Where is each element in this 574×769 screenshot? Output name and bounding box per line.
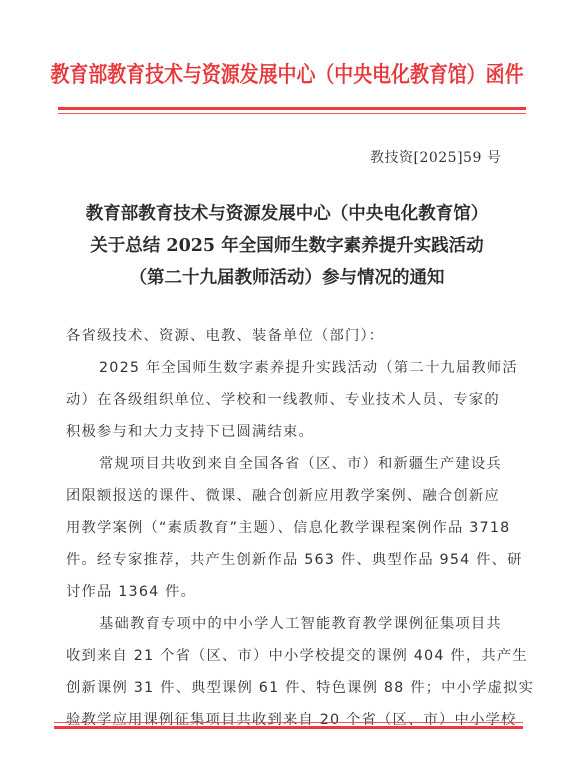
letterhead-rule-thick <box>58 107 526 110</box>
paragraph-line: 讨作品 1364 件。 <box>66 576 520 608</box>
letterhead-rule-thin <box>58 113 526 114</box>
paragraph-line: 用教学案例（“素质教育”主题）、信息化教学课程案例作品 3718 <box>66 512 520 544</box>
document-number: 教技资[2025]59 号 <box>370 147 501 167</box>
paragraph-line: 动）在各级组织单位、学校和一线教师、专业技术人员、专家的 <box>66 384 520 416</box>
paragraph-3: 基础教育专项中的中小学人工智能教育教学课例征集项目共 收到来自 21 个省（区、… <box>66 608 520 736</box>
heading-line-3: （第二十九届教师活动）参与情况的通知 <box>0 262 574 294</box>
paragraph-line: 团限额报送的课件、微课、融合创新应用教学案例、融合创新应 <box>66 480 520 512</box>
paragraph-1: 2025 年全国师生数字素养提升实践活动（第二十九届教师活 动）在各级组织单位、… <box>66 352 520 448</box>
paragraph-2: 常规项目共收到来自全国各省（区、市）和新疆生产建设兵 团限额报送的课件、微课、融… <box>66 448 520 608</box>
paragraph-line: 创新课例 31 件、典型课例 61 件、特色课例 88 件；中小学虚拟实 <box>66 672 520 704</box>
letterhead-title: 教育部教育技术与资源发展中心（中央电化教育馆）函件 <box>40 60 534 92</box>
paragraph-line: 收到来自 21 个省（区、市）中小学校提交的课例 404 件，共产生 <box>66 640 520 672</box>
salutation: 各省级技术、资源、电教、装备单位（部门）： <box>66 320 520 352</box>
footer-rule-thick <box>54 726 523 729</box>
footer-rule-thin <box>54 722 523 723</box>
notice-heading: 教育部教育技术与资源发展中心（中央电化教育馆） 关于总结 2025 年全国师生数… <box>0 198 574 294</box>
notice-body: 各省级技术、资源、电教、装备单位（部门）： 2025 年全国师生数字素养提升实践… <box>66 320 520 736</box>
heading-line-2: 关于总结 2025 年全国师生数字素养提升实践活动 <box>0 230 574 262</box>
heading-line-1: 教育部教育技术与资源发展中心（中央电化教育馆） <box>0 198 574 230</box>
paragraph-line: 常规项目共收到来自全国各省（区、市）和新疆生产建设兵 <box>66 448 520 480</box>
paragraph-line: 基础教育专项中的中小学人工智能教育教学课例征集项目共 <box>66 608 520 640</box>
paragraph-line: 件。经专家推荐，共产生创新作品 563 件、典型作品 954 件、研 <box>66 544 520 576</box>
paragraph-line: 2025 年全国师生数字素养提升实践活动（第二十九届教师活 <box>66 352 520 384</box>
paragraph-line: 验教学应用课例征集项目共收到来自 20 个省（区、市）中小学校 <box>66 704 520 736</box>
paragraph-line: 积极参与和大力支持下已圆满结束。 <box>66 416 520 448</box>
